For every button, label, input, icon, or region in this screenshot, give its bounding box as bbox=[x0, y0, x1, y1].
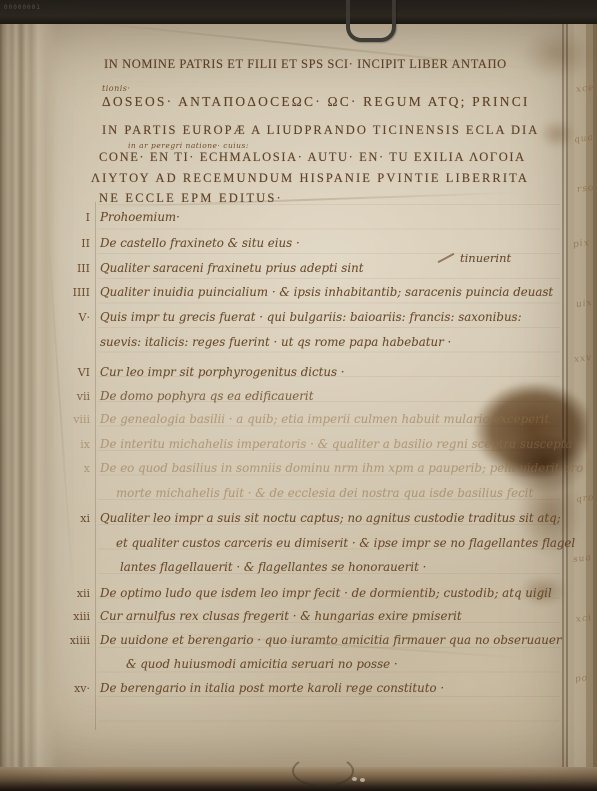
edge-fragment: pix bbox=[572, 238, 590, 250]
chapter-title: Qualiter saraceni fraxinetu prius adepti… bbox=[100, 261, 363, 275]
heading-line-3: IN PARTIS EUROPÆ A LIUDPRANDO TICINENSIS… bbox=[102, 123, 539, 138]
toc-row: et qualiter custos carceris eu dimiserit… bbox=[56, 532, 575, 551]
toc-row: viiiDe genealogia basilii · a quib; etia… bbox=[56, 408, 549, 427]
edge-fragment: uix bbox=[575, 298, 593, 310]
toc-row: xiiiiDe uuidone et berengario · quo iura… bbox=[56, 629, 561, 648]
photo-top-edge bbox=[0, 0, 597, 24]
chapter-title: De berengario in italia post morte karol… bbox=[100, 681, 444, 695]
toc-row: xiQualiter leo impr a suis sit noctu cap… bbox=[56, 507, 561, 526]
chapter-numeral: II bbox=[56, 237, 90, 250]
heading-line-5: ΛΙΥΤΟΥ AD RECEMUNDUM HISPANIE PVINTIE LI… bbox=[91, 171, 529, 186]
chapter-numeral: x bbox=[56, 462, 90, 475]
heading-line-1: IN NOMINE PATRIS ET FILII ET SPS SCI· IN… bbox=[104, 57, 507, 72]
chapter-title: De castello fraxineto & situ eius · bbox=[100, 236, 300, 250]
chapter-title: Cur arnulfus rex clusas fregerit · & hun… bbox=[100, 609, 462, 623]
toc-row: morte michahelis fuit · & de ecclesia de… bbox=[56, 482, 533, 501]
edge-fragment: rso bbox=[576, 183, 594, 195]
chapter-title: Qualiter leo impr a suis sit noctu captu… bbox=[100, 511, 561, 525]
page-edge-line bbox=[562, 24, 564, 769]
chapter-title: lantes flagellauerit · & flagellantes se… bbox=[100, 560, 426, 574]
chapter-title: et qualiter custos carceris eu dimiserit… bbox=[100, 536, 575, 550]
gutter-page-edges bbox=[0, 24, 58, 769]
heading-line-6: NE ECCLE EPM EDITUS· bbox=[99, 191, 283, 206]
chapter-numeral: xiii bbox=[56, 610, 90, 623]
toc-row: & quod huiusmodi amicitia seruari no pos… bbox=[56, 653, 398, 672]
chapter-numeral: viii bbox=[56, 413, 90, 426]
manuscript-page: IN NOMINE PATRIS ET FILII ET SPS SCI· IN… bbox=[0, 24, 597, 769]
edge-fragment: xci bbox=[575, 613, 592, 625]
chapter-title: suevis: italicis: reges fuerint · ut qs … bbox=[100, 335, 451, 349]
chapter-numeral: I bbox=[56, 211, 90, 224]
toc-row: VICur leo impr sit porphyrogenitus dictu… bbox=[56, 361, 345, 380]
chapter-numeral: IIII bbox=[56, 286, 90, 299]
toc-row: ixDe interitu michahelis imperatoris · &… bbox=[56, 433, 573, 452]
bottom-wire bbox=[292, 755, 354, 787]
chapter-numeral: ix bbox=[56, 438, 90, 451]
toc-row: IIDe castello fraxineto & situ eius · bbox=[56, 232, 300, 251]
insertion-mark-icon bbox=[438, 252, 455, 262]
chapter-numeral: xiiii bbox=[56, 634, 90, 647]
chapter-title: Cur leo impr sit porphyrogenitus dictus … bbox=[100, 365, 345, 379]
toc-row: viiDe domo pophyra qs ea edificauerit bbox=[56, 385, 313, 404]
toc-row: xiiiCur arnulfus rex clusas fregerit · &… bbox=[56, 605, 462, 624]
interlinear-gloss-2: in ar peregri natione· cuius: bbox=[128, 141, 249, 150]
glare-dot bbox=[352, 777, 357, 781]
toc-row: lantes flagellauerit · & flagellantes se… bbox=[56, 556, 426, 575]
heading-line-2: ΔOSEOS· ANTAΠOΔOCEΩC· ΩC· REGUM ATQ; PRI… bbox=[102, 94, 530, 110]
interlinear-gloss-1: tionis· bbox=[102, 84, 130, 93]
toc-row: IIIIQualiter inuidia puincialium · & ips… bbox=[56, 281, 553, 300]
chapter-title: Quis impr tu grecis fuerat · qui bulgari… bbox=[100, 310, 522, 324]
margin-note-text: tinuerint bbox=[460, 251, 511, 265]
glare-dot bbox=[360, 778, 365, 782]
chapter-numeral: V· bbox=[56, 311, 90, 324]
chapter-title: De domo pophyra qs ea edificauerit bbox=[100, 389, 313, 403]
toc-row: xDe eo quod basilius in somniis dominu n… bbox=[56, 457, 583, 476]
toc-row: xv·De berengario in italia post morte ka… bbox=[56, 677, 444, 696]
chapter-numeral: xi bbox=[56, 512, 90, 525]
chapter-title: De genealogia basilii · a quib; etia imp… bbox=[100, 412, 549, 426]
chapter-title: Qualiter inuidia puincialium · & ipsis i… bbox=[100, 285, 553, 299]
chapter-numeral: xii bbox=[56, 587, 90, 600]
edge-fragment: po bbox=[574, 673, 588, 685]
chapter-title: & quod huiusmodi amicitia seruari no pos… bbox=[100, 657, 398, 671]
chapter-title: De interitu michahelis imperatoris · & q… bbox=[100, 437, 573, 451]
heading-line-4: CONE· EN TI· ECHMALOSIA· AUTU· EN· TU EX… bbox=[99, 150, 526, 165]
chapter-numeral: III bbox=[56, 262, 90, 275]
binder-clip bbox=[346, 0, 396, 42]
toc-row: IProhoemium· bbox=[56, 206, 180, 225]
toc-row: suevis: italicis: reges fuerint · ut qs … bbox=[56, 331, 451, 350]
chapter-numeral: VI bbox=[56, 366, 90, 379]
toc-row: xiiDe optimo ludo que isdem leo impr fec… bbox=[56, 582, 552, 601]
chapter-numeral: vii bbox=[56, 390, 90, 403]
chapter-title: Prohoemium· bbox=[100, 210, 180, 224]
margin-note: tinuerint bbox=[437, 247, 511, 266]
toc-row: V·Quis impr tu grecis fuerat · qui bulga… bbox=[56, 306, 522, 325]
corner-mark: 00000001 bbox=[4, 4, 41, 11]
chapter-title: morte michahelis fuit · & de ecclesia de… bbox=[100, 486, 533, 500]
chapter-title: De uuidone et berengario · quo iuramto a… bbox=[100, 633, 561, 647]
chapter-numeral: xv· bbox=[56, 682, 90, 695]
chapter-title: De eo quod basilius in somniis dominu nr… bbox=[100, 461, 583, 475]
toc-row: IIIQualiter saraceni fraxinetu prius ade… bbox=[56, 257, 363, 276]
chapter-title: De optimo ludo que isdem leo impr fecit … bbox=[100, 586, 552, 600]
manuscript-photo: 00000001 IN NOMINE PATRIS ET FILII ET SP… bbox=[0, 0, 597, 791]
